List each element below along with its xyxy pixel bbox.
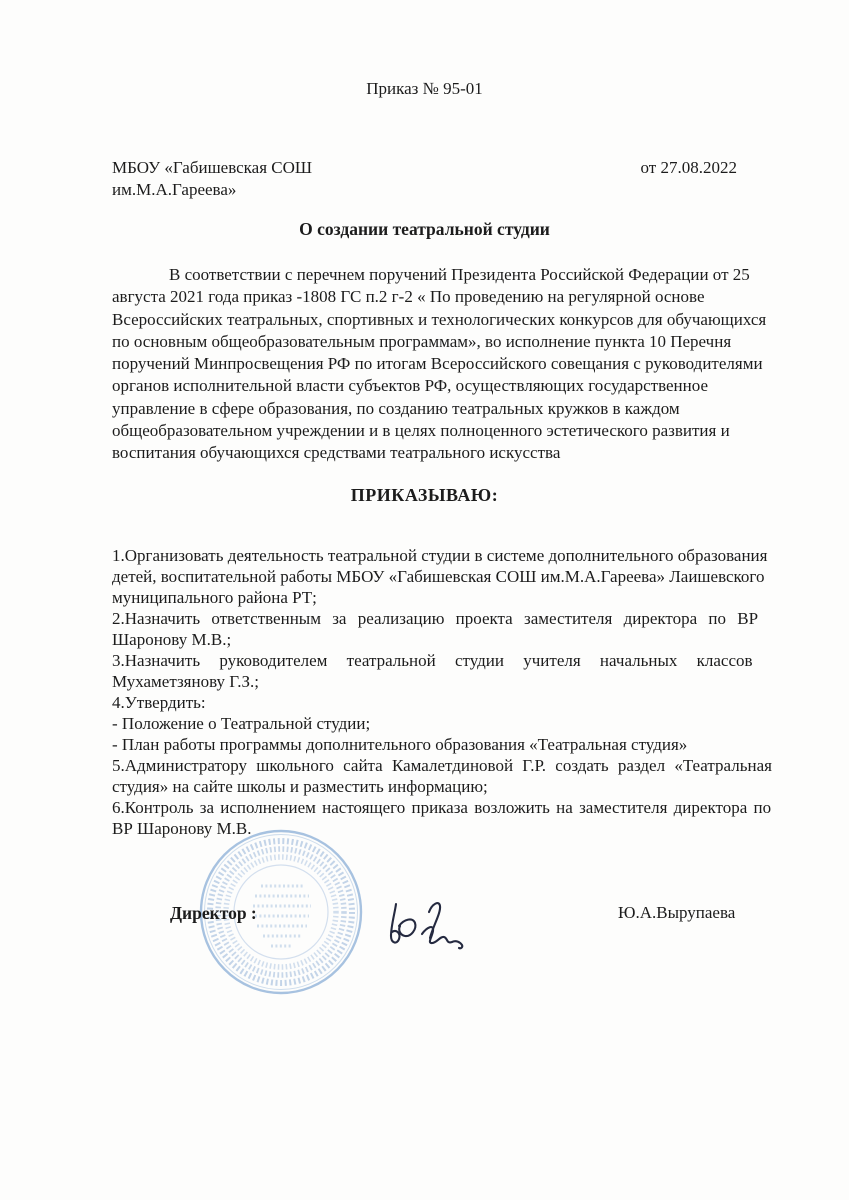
scanned-order-document: Приказ № 95-01 МБОУ «Габишевская СОШ им.…: [0, 0, 849, 1200]
preamble-line: по основным общеобразовательным программ…: [112, 331, 802, 353]
preamble-line: Всероссийских театральных, спортивных и …: [112, 309, 802, 331]
directive-line: 3.Назначить руководителем театральной ст…: [112, 650, 802, 671]
header-row: МБОУ «Габишевская СОШ им.М.А.Гареева» от…: [112, 157, 737, 201]
directive-line: муниципального района РТ;: [112, 587, 802, 608]
preamble: В соответствии с перечнем поручений През…: [112, 264, 802, 465]
preamble-line: общеобразовательном учреждении и в целях…: [112, 420, 802, 442]
directive-line: 2.Назначить ответственным за реализацию …: [112, 608, 802, 629]
directive-line: детей, воспитательной работы МБОУ «Габиш…: [112, 566, 802, 587]
directive-line: 5.Администратору школьного сайта Камалет…: [112, 755, 802, 776]
directive-line: - Положение о Театральной студии;: [112, 713, 802, 734]
directive-line: Мухаметзянову Г.З.;: [112, 671, 802, 692]
preamble-line: поручений Минпросвещения РФ по итогам Вс…: [112, 353, 802, 375]
preamble-line: августа 2021 года приказ -1808 ГС п.2 г-…: [112, 286, 802, 308]
directive-line: - План работы программы дополнительного …: [112, 734, 802, 755]
signature-handwriting-icon: [382, 890, 474, 960]
organization-name: МБОУ «Габишевская СОШ им.М.А.Гареева»: [112, 157, 312, 201]
director-label: Директор :: [170, 903, 257, 924]
organization-name-line1: МБОУ «Габишевская СОШ: [112, 157, 312, 179]
directive-line: 4.Утвердить:: [112, 692, 802, 713]
preamble-line: управление в сфере образования, по созда…: [112, 398, 802, 420]
order-subject: О создании театральной студии: [0, 219, 849, 240]
organization-name-line2: им.М.А.Гареева»: [112, 179, 312, 201]
resolution-heading: ПРИКАЗЫВАЮ:: [0, 485, 849, 506]
preamble-line: воспитания обучающихся средствами театра…: [112, 442, 802, 464]
order-date: от 27.08.2022: [641, 157, 737, 179]
directive-line: 1.Организовать деятельность театральной …: [112, 545, 802, 566]
directive-line: студия» на сайте школы и разместить инфо…: [112, 776, 802, 797]
order-number: Приказ № 95-01: [0, 78, 849, 100]
signer-name: Ю.А.Вырупаева: [618, 903, 735, 923]
directives-list: 1.Организовать деятельность театральной …: [112, 545, 802, 839]
preamble-line: органов исполнительной власти субъектов …: [112, 375, 802, 397]
preamble-line: В соответствии с перечнем поручений През…: [112, 264, 802, 286]
directive-line: 6.Контроль за исполнением настоящего при…: [112, 797, 802, 818]
directive-line: Шаронову М.В.;: [112, 629, 802, 650]
